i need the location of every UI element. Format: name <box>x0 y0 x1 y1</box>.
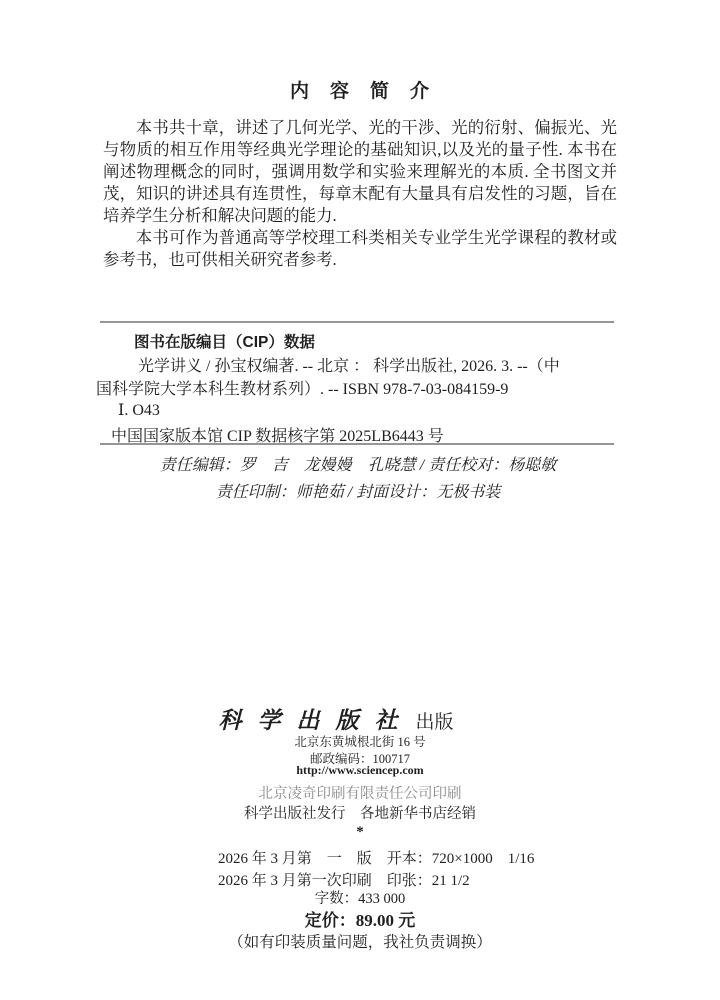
publisher-logo-line: 科学出版社出版 <box>0 702 696 735</box>
intro-paragraph-1: 本书共十章，讲述了几何光学、光的干涉、光的衍射、偏振光、光与物质的相互作用等经典… <box>103 117 617 227</box>
book-copyright-page: 内 容 简 介 本书共十章，讲述了几何光学、光的干涉、光的衍射、偏振光、光与物质… <box>0 0 720 1000</box>
separator-star: * <box>0 824 720 841</box>
publisher-url: http://www.sciencep.com <box>0 763 720 778</box>
publisher-address: 北京东黄城根北街 16 号 <box>0 732 720 750</box>
cip-heading: 图书在版编目（CIP）数据 <box>134 330 315 352</box>
intro-body: 本书共十章，讲述了几何光学、光的干涉、光的衍射、偏振光、光与物质的相互作用等经典… <box>103 117 617 271</box>
cip-line-2: 国科学院大学本科生教材系列）. -- ISBN 978-7-03-084159-… <box>96 376 508 399</box>
distribution-line: 科学出版社发行 各地新华书店经销 <box>0 802 720 823</box>
printer-name: 北京凌奇印刷有限责任公司印刷 <box>0 782 720 803</box>
publisher-suffix: 出版 <box>415 712 453 733</box>
edition-info: 2026 年 3 月第 一 版 开本：720×1000 1/16 <box>218 847 534 868</box>
cip-line-1: 光学讲义 / 孙宝权编著. -- 北京 ： 科学出版社, 2026. 3. --… <box>138 353 560 376</box>
staff-printing-design-line: 责任印制：师艳茹 / 封面设计：无极书装 <box>0 479 716 502</box>
price: 定价：89.00 元 <box>0 906 720 931</box>
cip-top-rule <box>100 321 614 323</box>
staff-editors-line: 责任编辑：罗 吉 龙嫚嫚 孔晓慧 / 责任校对：杨聪敏 <box>0 452 716 475</box>
intro-paragraph-2: 本书可作为普通高等学校理工科类相关专业学生光学课程的教材或参考书，也可供相关研究… <box>103 227 617 271</box>
intro-title: 内 容 简 介 <box>0 76 720 103</box>
cip-classification: Ⅰ. O43 <box>118 400 160 420</box>
publisher-logo-script: 科学出版社 <box>218 708 413 733</box>
word-count: 字数：433 000 <box>0 887 720 908</box>
cip-bottom-rule <box>100 443 614 445</box>
quality-notice: （如有印装质量问题，我社负责调换） <box>0 930 720 952</box>
